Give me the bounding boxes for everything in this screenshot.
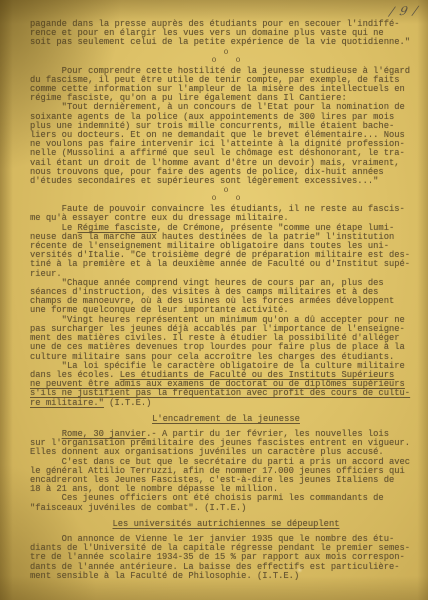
paragraph: Faute de pouvoir convaincre les étudiant…	[30, 205, 422, 223]
text-line: "faisceaux juvéniles de combat". (I.T.E.…	[30, 504, 422, 513]
text-line: ment sensible à la Faculté de Philosophi…	[30, 572, 422, 581]
paragraph: Le Régime fasciste, de Crémone, présente…	[30, 224, 422, 279]
text-line: d'études secondaires et supérieures sont…	[30, 177, 422, 186]
section-separator-icon: oo o	[30, 49, 422, 65]
text-line: re militaire." (I.T.E.)	[30, 399, 422, 408]
section-heading: L'encadrement de la jeunesse	[30, 415, 422, 424]
paragraph: pagande dans la presse auprès des étudia…	[30, 20, 422, 48]
paragraph: Ces jeunes officiers ont été choisis par…	[30, 494, 422, 512]
document-content: pagande dans la presse auprès des étudia…	[0, 0, 428, 600]
section-separator-icon: oo o	[30, 187, 422, 203]
section-heading: Les universités autrichiennes se dépeupl…	[30, 520, 422, 529]
paragraph: "Chaque année comprend vingt heures de c…	[30, 279, 422, 316]
paragraph: "Vingt heures représentent un minimum qu…	[30, 316, 422, 362]
text-line: tiné à la première et à la deuxième anné…	[30, 260, 422, 269]
paragraph: "La loi spécifie le caractère obligatoir…	[30, 362, 422, 408]
page-number-annotation: / 9 /	[388, 4, 420, 19]
text-line: soit pas seulement celui de la petite ex…	[30, 38, 422, 47]
paragraph: Pour comprendre cette hostilité de la je…	[30, 67, 422, 104]
paragraph: Rome, 30 janvier.- A partir du 1er févri…	[30, 430, 422, 458]
paragraph: "Tout dernièrement, à un concours de l'E…	[30, 103, 422, 186]
paragraph: C'est dans ce but que le secrétaire du p…	[30, 458, 422, 495]
paragraph: On annonce de Vienne le 1er janvier 1935…	[30, 535, 422, 581]
scanned-document-page: pagande dans la presse auprès des étudia…	[0, 0, 428, 600]
